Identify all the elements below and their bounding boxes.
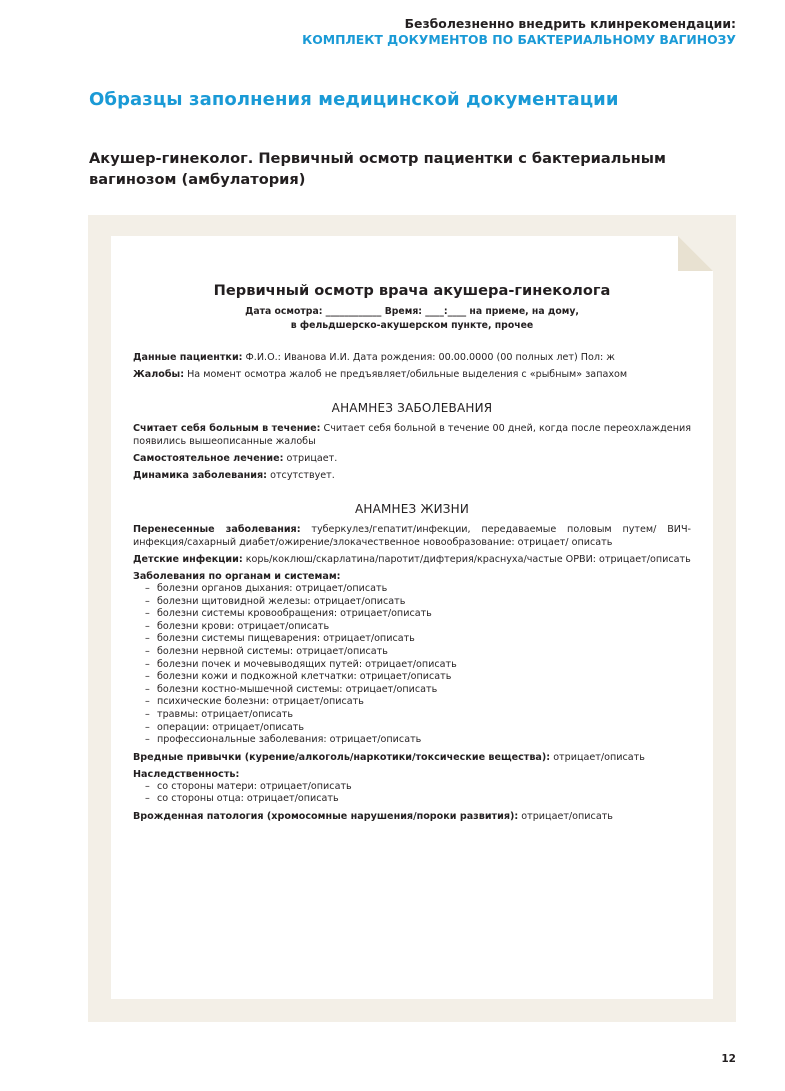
heredity-label: Наследственность: [133,768,691,781]
list-item: болезни кожи и подкожной клетчатки: отри… [145,671,691,684]
complaints: Жалобы: На момент осмотра жалоб не предъ… [133,368,691,381]
list-item: профессиональные заболевания: отрицает/о… [145,734,691,747]
document-title: Первичный осмотр врача акушера-гинеколог… [133,282,691,300]
section-title: Образцы заполнения медицинской документа… [89,89,619,110]
patient-data: Данные пациентки: Ф.И.О.: Иванова И.И. Д… [133,351,691,364]
child-infections: Детские инфекции: корь/коклюш/скарлатина… [133,553,691,566]
running-head: Безболезненно внедрить клинрекомендации:… [302,16,736,48]
list-item: болезни системы пищеварения: отрицает/оп… [145,633,691,646]
list-item: психические болезни: отрицает/описать [145,696,691,709]
illness-duration: Считает себя больным в течение: Считает … [133,422,691,448]
page-corner-fold-icon [678,236,713,271]
bad-habits: Вредные привычки (курение/алкоголь/нарко… [133,751,691,764]
congenital-pathology: Врожденная патология (хромосомные наруше… [133,810,691,823]
list-item: операции: отрицает/описать [145,722,691,735]
past-diseases: Перенесенные заболевания: туберкулез/геп… [133,523,691,549]
list-item: болезни крови: отрицает/описать [145,621,691,634]
anamnesis-morbi-heading: АНАМНЕЗ ЗАБОЛЕВАНИЯ [133,401,691,416]
running-head-title: Безболезненно внедрить клинрекомендации: [302,16,736,32]
document-sheet: Первичный осмотр врача акушера-гинеколог… [111,236,713,999]
heredity-list: со стороны матери: отрицает/описатьсо ст… [133,781,691,806]
list-item: со стороны матери: отрицает/описать [145,781,691,794]
organ-systems-label: Заболевания по органам и системам: [133,570,691,583]
list-item: болезни органов дыхания: отрицает/описат… [145,583,691,596]
organ-systems-list: болезни органов дыхания: отрицает/описат… [133,583,691,747]
list-item: травмы: отрицает/описать [145,709,691,722]
disease-dynamics: Динамика заболевания: отсутствует. [133,469,691,482]
document-body: Первичный осмотр врача акушера-гинеколог… [133,282,691,827]
list-item: болезни почек и мочевыводящих путей: отр… [145,659,691,672]
list-item: болезни нервной системы: отрицает/описат… [145,646,691,659]
page-number: 12 [721,1053,736,1065]
document-meta-line-2: в фельдшерско-акушерском пункте, прочее [133,319,691,333]
anamnesis-vitae-heading: АНАМНЕЗ ЖИЗНИ [133,502,691,517]
document-meta-line-1: Дата осмотра: ____________ Время: ____:_… [133,305,691,319]
list-item: болезни костно-мышечной системы: отрицае… [145,684,691,697]
running-head-subtitle: КОМПЛЕКТ ДОКУМЕНТОВ ПО БАКТЕРИАЛЬНОМУ ВА… [302,32,736,48]
self-treatment: Самостоятельное лечение: отрицает. [133,452,691,465]
sample-document-panel: Первичный осмотр врача акушера-гинеколог… [88,215,736,1022]
list-item: болезни системы кровообращения: отрицает… [145,608,691,621]
list-item: со стороны отца: отрицает/описать [145,793,691,806]
subsection-title: Акушер-гинеколог. Первичный осмотр пацие… [89,148,689,190]
list-item: болезни щитовидной железы: отрицает/опис… [145,596,691,609]
